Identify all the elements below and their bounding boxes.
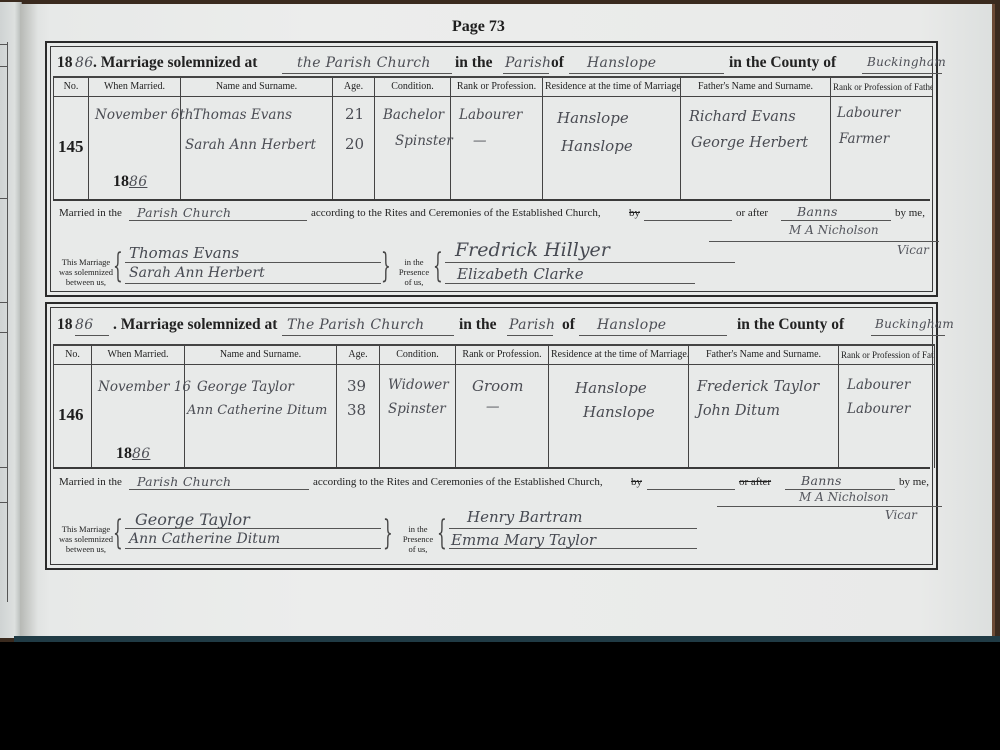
groom-residence: Hanslope (557, 109, 629, 127)
district: Hanslope (597, 317, 666, 333)
of-label: of (562, 316, 575, 334)
bride-condition: Spinster (395, 133, 453, 149)
groom-father-rank: Labourer (837, 105, 900, 121)
bride-condition: Spinster (388, 401, 446, 417)
entry-headline: 18 86 . Marriage solemnized at the Paris… (57, 52, 930, 78)
county-label: in the County of (737, 316, 844, 334)
date-year: 1886 (116, 445, 150, 463)
according-text: according to the Rites and Ceremonies of… (311, 207, 601, 219)
gutter-shadow (20, 4, 38, 638)
married-in-place: Parish Church (137, 205, 231, 220)
col-when-married: When Married. (89, 77, 181, 96)
by-struck: by (631, 476, 642, 488)
col-no: No. (54, 345, 92, 364)
solemnized-label: This Marriage was solemnized between us, (57, 257, 115, 287)
col-father-name: Father's Name and Surname. (681, 77, 831, 96)
headline-text: . Marriage solemnized at (93, 54, 257, 72)
col-name: Name and Surname. (181, 77, 333, 96)
groom-signature: Thomas Evans (129, 244, 239, 262)
brace: } (381, 249, 391, 283)
according-text: according to the Rites and Ceremonies of… (313, 476, 603, 488)
place: the Parish Church (297, 55, 431, 71)
or-after-label: or after (736, 207, 768, 219)
married-in-label: Married in the (59, 476, 122, 488)
groom-residence: Hanslope (575, 379, 647, 397)
col-no: No. (54, 77, 89, 96)
book-bottom-edge (14, 636, 1000, 642)
marriage-date: November 16 (98, 379, 191, 395)
col-father-rank: Rank or Profession of Father. (839, 345, 935, 364)
page-number: Page 73 (452, 18, 505, 36)
county: Buckingham (867, 55, 946, 69)
married-in-place: Parish Church (137, 474, 231, 489)
bride-father-rank: Labourer (847, 401, 910, 417)
bride-residence: Hanslope (561, 137, 633, 155)
groom-age: 21 (345, 105, 364, 123)
groom-condition: Bachelor (383, 107, 444, 123)
year-suffix: 86 (75, 317, 93, 333)
witness-1-signature: Henry Bartram (467, 508, 583, 526)
entry-table: No. When Married. Name and Surname. Age.… (53, 344, 935, 468)
bride-rank: — (486, 399, 500, 415)
col-father-name: Father's Name and Surname. (689, 345, 839, 364)
groom-rank: Labourer (459, 107, 522, 123)
or-after-label: or after (739, 476, 771, 488)
district-type: Parish (509, 317, 555, 333)
col-residence: Residence at the time of Marriage. (543, 77, 681, 96)
brace: { (437, 516, 447, 550)
col-rank: Rank or Profession. (451, 77, 543, 96)
county-label: in the County of (729, 54, 836, 72)
bride-rank: — (473, 133, 487, 149)
officiant-signature: M A Nicholson (789, 223, 879, 237)
groom-father-name: Frederick Taylor (697, 379, 819, 395)
col-when-married: When Married. (92, 345, 185, 364)
officiant-signature: M A Nicholson (799, 490, 889, 504)
bride-residence: Hanslope (583, 403, 655, 421)
bride-signature: Sarah Ann Herbert (129, 265, 265, 281)
col-age: Age. (333, 77, 375, 96)
by-struck: by (629, 207, 640, 219)
bride-father-name: George Herbert (691, 135, 808, 151)
brace: { (433, 249, 443, 283)
groom-name: George Taylor (197, 379, 294, 395)
groom-rank: Groom (472, 377, 523, 395)
married-in-label: Married in the (59, 207, 122, 219)
district: Hanslope (587, 55, 656, 71)
groom-signature: George Taylor (135, 510, 250, 529)
witness-2-signature: Elizabeth Clarke (457, 265, 584, 283)
marriage-entry-146: 18 86 . Marriage solemnized at The Paris… (45, 302, 938, 570)
place: The Parish Church (287, 317, 424, 333)
bride-father-rank: Farmer (839, 131, 889, 147)
presence-label: in the Presence of us, (399, 524, 437, 554)
col-name: Name and Surname. (185, 345, 337, 364)
col-condition: Condition. (375, 77, 451, 96)
marriage-entry-145: 18 86 . Marriage solemnized at the Paris… (45, 41, 938, 297)
col-father-rank: Rank or Profession of Father. (831, 77, 933, 96)
groom-name: Thomas Evans (193, 107, 292, 123)
bride-father-name: John Ditum (697, 403, 780, 419)
brace: { (113, 516, 123, 550)
bride-name: Ann Catherine Ditum (187, 403, 327, 418)
district-type: Parish (505, 55, 551, 71)
groom-age: 39 (347, 377, 366, 395)
bride-age: 20 (345, 135, 364, 153)
presence-label: in the Presence of us, (395, 257, 433, 287)
in-the-label: in the (455, 54, 492, 72)
after-value: Banns (797, 204, 838, 219)
headline-text: . Marriage solemnized at (113, 316, 277, 334)
entry-table: No. When Married. Name and Surname. Age.… (53, 76, 933, 200)
groom-father-name: Richard Evans (689, 109, 796, 125)
bride-signature: Ann Catherine Ditum (129, 531, 280, 547)
groom-condition: Widower (388, 377, 449, 393)
in-the-label: in the (459, 316, 496, 334)
marriage-date: November 6th (95, 107, 193, 123)
groom-father-rank: Labourer (847, 377, 910, 393)
date-year: 1886 (113, 173, 147, 191)
col-condition: Condition. (380, 345, 456, 364)
brace: } (383, 516, 393, 550)
witness-2-signature: Emma Mary Taylor (451, 531, 596, 549)
col-residence: Residence at the time of Marriage. (549, 345, 689, 364)
entry-number: 146 (58, 405, 84, 425)
year-suffix: 86 (75, 55, 93, 71)
by-me-label: by me, (899, 476, 929, 488)
bride-age: 38 (347, 401, 366, 419)
entry-number: 145 (58, 137, 84, 157)
entry-headline: 18 86 . Marriage solemnized at The Paris… (57, 314, 930, 340)
after-value: Banns (801, 473, 842, 488)
year-prefix: 18 (57, 316, 73, 334)
col-age: Age. (337, 345, 380, 364)
officiant-title: Vicar (897, 243, 929, 257)
of-label: of (551, 54, 564, 72)
solemnized-label: This Marriage was solemnized between us, (57, 524, 115, 554)
year-prefix: 18 (57, 54, 73, 72)
left-page-edge (0, 2, 22, 638)
col-rank: Rank or Profession. (456, 345, 549, 364)
by-me-label: by me, (895, 207, 925, 219)
officiant-title: Vicar (885, 508, 917, 522)
county: Buckingham (875, 317, 954, 331)
brace: { (113, 249, 123, 283)
bride-name: Sarah Ann Herbert (185, 137, 316, 153)
witness-1-signature: Fredrick Hillyer (455, 239, 610, 261)
